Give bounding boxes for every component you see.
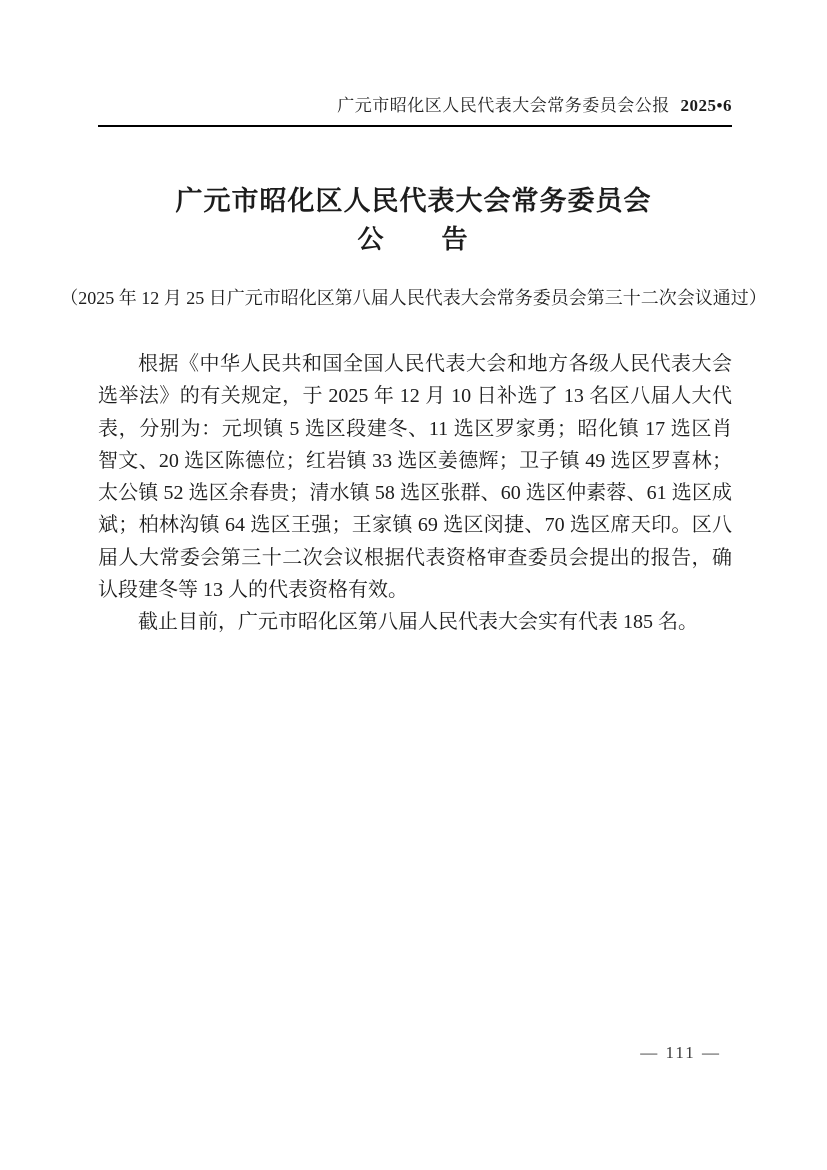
body-paragraph-2: 截止目前，广元市昭化区第八届人民代表大会实有代表 185 名。 (98, 606, 732, 638)
document-body: 根据《中华人民共和国全国人民代表大会和地方各级人民代表大会选举法》的有关规定，于… (98, 348, 732, 639)
running-head-issue-number: 2025•6 (681, 96, 732, 115)
page-number: — 111 — (640, 1043, 721, 1063)
body-paragraph-1: 根据《中华人民共和国全国人民代表大会和地方各级人民代表大会选举法》的有关规定，于… (98, 348, 732, 606)
document-title: 广元市昭化区人民代表大会常务委员会 (0, 179, 827, 218)
gazette-page: 广元市昭化区人民代表大会常务委员会公报 2025•6 广元市昭化区人民代表大会常… (0, 0, 827, 1170)
passage-note: （2025 年 12 月 25 日广元市昭化区第八届人民代表大会常务委员会第三十… (0, 284, 827, 310)
header-rule (98, 125, 732, 127)
running-head-title: 广元市昭化区人民代表大会常务委员会公报 (337, 96, 670, 115)
document-title-announcement: 公 告 (0, 219, 827, 256)
running-head: 广元市昭化区人民代表大会常务委员会公报 2025•6 (98, 91, 732, 116)
